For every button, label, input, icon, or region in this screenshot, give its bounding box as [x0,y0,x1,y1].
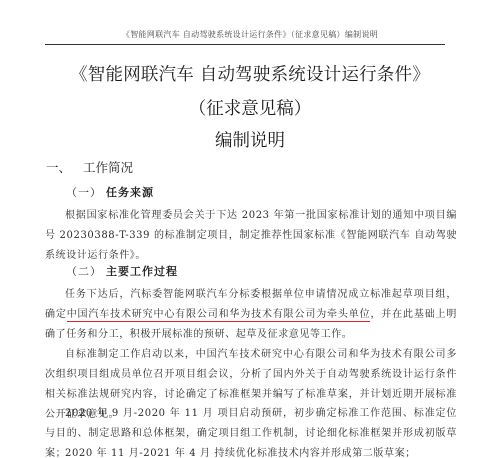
document-heading: 编制说明 [0,127,500,152]
highlighted-lead-units: 中国汽车技术研究中心有限公司和华为技术有限公司为牵头单位 [67,309,371,322]
document-title: 《智能网联汽车 自动驾驶系统设计运行条件》 [0,61,500,86]
subsection-number: （二） [66,263,106,279]
paragraph-timeline-2: 2020 年 11 月-2021 年 4 月 持续优化标准技术内容并形成第二版草… [45,444,457,458]
section-heading: 一、工作简况 [46,158,133,176]
subsection-heading-task-source: （一）任务来源 [66,184,154,200]
section-number: 一、 [46,160,71,175]
section-title: 工作简况 [83,160,133,175]
subsection-title: 任务来源 [106,186,154,199]
subsection-number: （一） [66,184,106,200]
header-rule [45,44,445,45]
subsection-heading-work-process: （二）主要工作过程 [66,263,178,279]
subsection-title: 主要工作过程 [106,265,178,278]
paragraph-work-process-1: 任务下达后，汽标委智能网联汽车分标委根据单位申请情况成立标准起草项目组，确定中国… [45,285,457,345]
running-header: 《智能网联汽车 自动驾驶系统设计运行条件》（征求意见稿）编制说明 [0,29,500,40]
document-subtitle: （征求意见稿） [0,95,500,120]
paragraph-task-source: 根据国家标准化管理委员会关于下达 2023 年第一批国家标准计划的通知中项目编号… [45,206,457,266]
